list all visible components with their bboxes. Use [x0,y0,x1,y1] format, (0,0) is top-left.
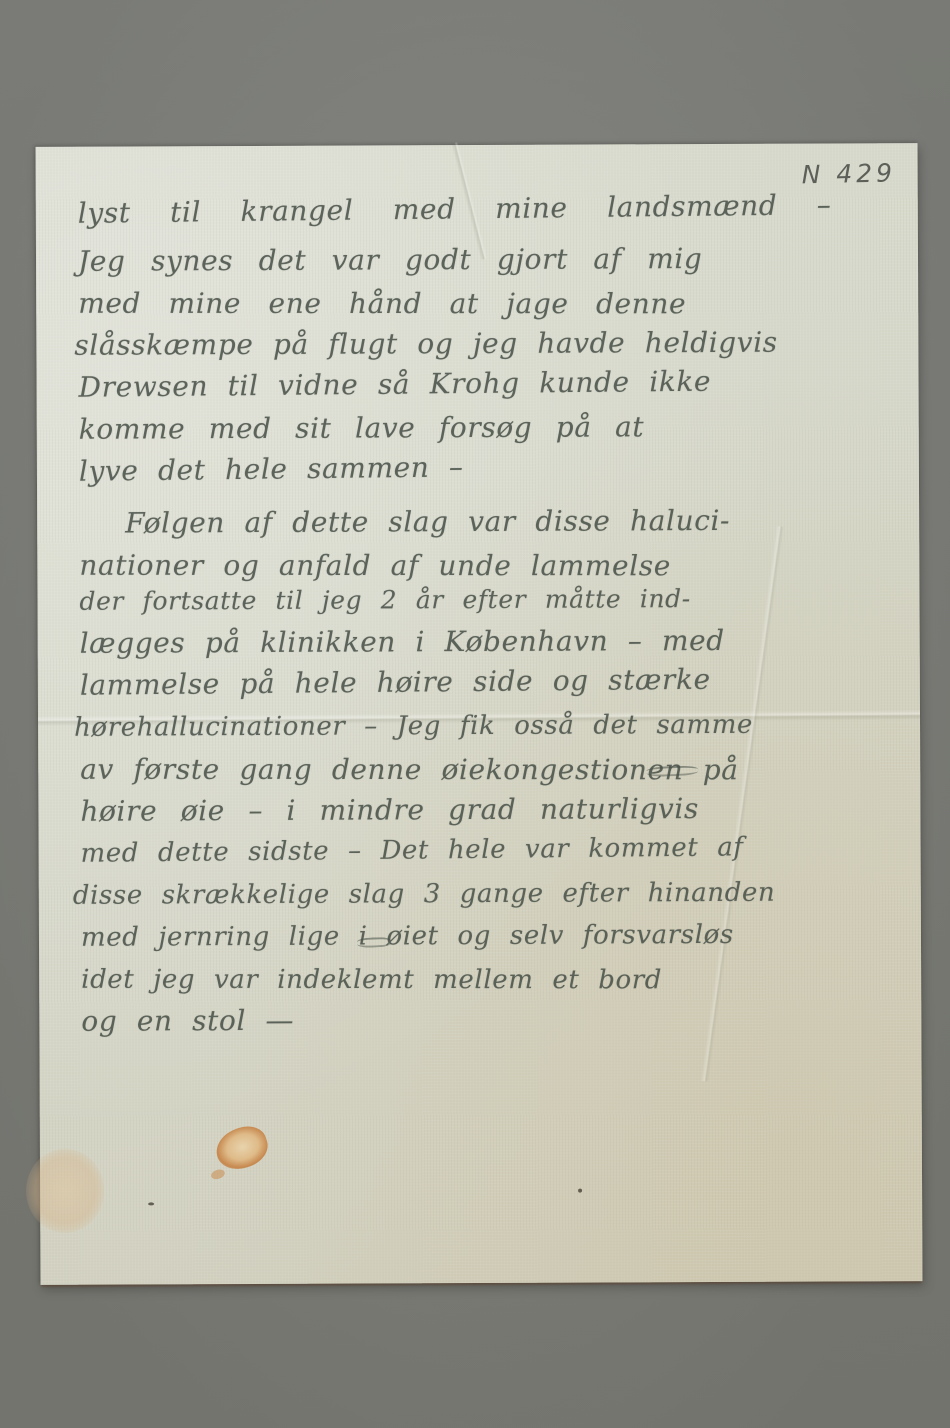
manuscript-line: Jeg synes det var godt gjort af mig [78,237,890,283]
manuscript-line: lyve det hele sammen – [79,442,891,493]
manuscript-line: og en stol — [81,997,893,1043]
manuscript-line: av første gang denne øiekongestionen på [80,749,892,792]
manuscript-line: med dette sidste – Det hele var kommet a… [80,825,892,875]
ink-speck [578,1189,582,1193]
manuscript-line: lammelse på hele høire side og stærke [80,657,892,707]
manuscript-line: med mine ene hånd at jage denne [78,283,890,326]
manuscript-line: Drewsen til vidne så Krohg kunde ikke [78,359,890,409]
manuscript-line: disse skrækkelige slag 3 gange efter hin… [73,871,893,917]
manuscript-line: med jernring lige i øiet og selv forsvar… [81,913,893,959]
ink-speck [148,1202,154,1205]
manuscript-line: Følgen af dette slag var disse haluci- [79,499,891,545]
manuscript-line: idet jeg var indeklemt mellem et bord [81,959,893,1002]
rust-stain [211,1121,273,1175]
handwritten-text-block: lyst til krangel med mine landsmænd – Je… [78,189,894,1043]
manuscript-line: nationer og anfald af unde lammelse [79,545,891,588]
manuscript-page: N 429 lyst til krangel med mine landsmæn… [36,143,923,1285]
manuscript-line: hørehallucinationer – Jeg fik osså det s… [74,703,892,749]
manuscript-line: lyst til krangel med mine landsmænd – [78,184,890,235]
